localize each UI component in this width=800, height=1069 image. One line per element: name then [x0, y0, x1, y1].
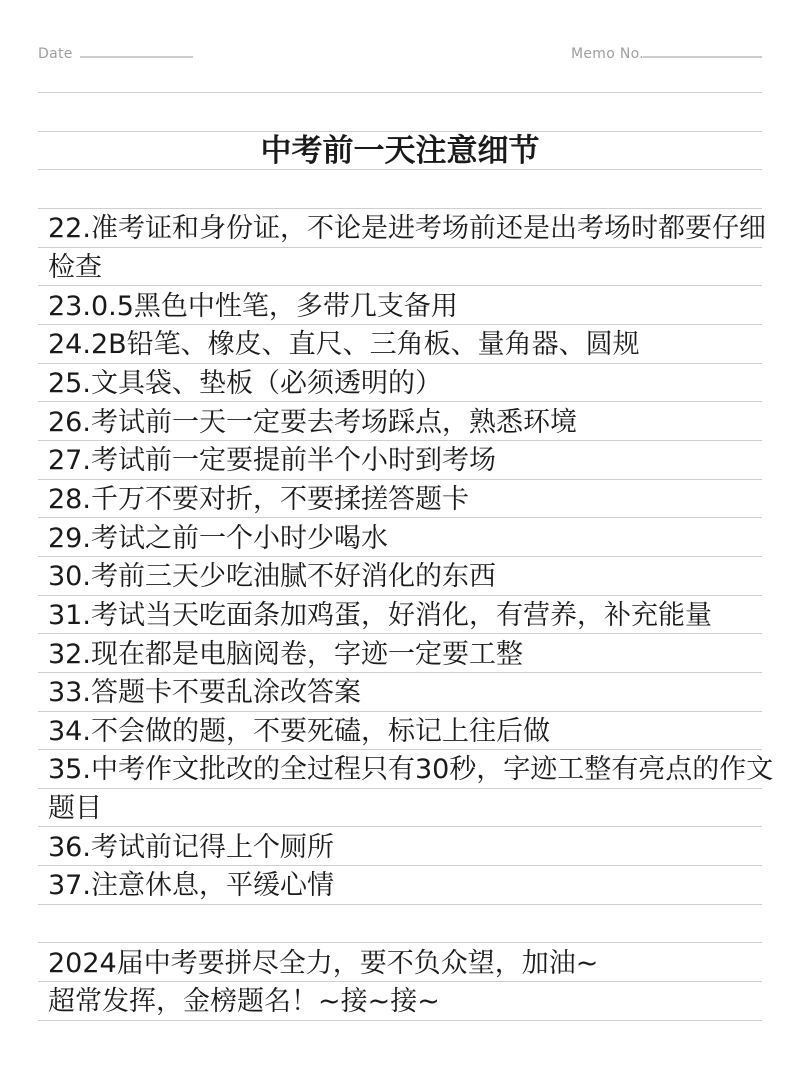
note-line: 30.考前三天少吃油腻不好消化的东西 [38, 557, 762, 596]
note-line: 检查 [38, 248, 762, 287]
note-line: 22.准考证和身份证，不论是进考场前还是出考场时都要仔细 [38, 209, 762, 248]
date-underline [80, 56, 193, 58]
note-line: 33.答题卡不要乱涂改答案 [38, 673, 762, 712]
note-line: 超常发挥，金榜题名！~接~接~ [38, 982, 762, 1021]
memo-no-label: Memo No. [571, 46, 644, 62]
note-line: 34.不会做的题，不要死磕，标记上往后做 [38, 712, 762, 751]
note-line: 27.考试前一定要提前半个小时到考场 [38, 441, 762, 480]
note-line: 24.2B铅笔、橡皮、直尺、三角板、量角器、圆规 [38, 325, 762, 364]
note-line: 26.考试前一天一定要去考场踩点，熟悉环境 [38, 402, 762, 441]
note-line: 32.现在都是电脑阅卷，字迹一定要工整 [38, 634, 762, 673]
blank-line [38, 170, 762, 209]
page-title: 中考前一天注意细节 [38, 132, 762, 171]
note-line: 36.考试前记得上个厕所 [38, 827, 762, 866]
note-line: 题目 [38, 789, 762, 828]
note-line: 29.考试之前一个小时少喝水 [38, 518, 762, 557]
ruled-sheet: 中考前一天注意细节22.准考证和身份证，不论是进考场前还是出考场时都要仔细检查2… [38, 92, 762, 1021]
note-line: 37.注意休息，平缓心情 [38, 866, 762, 905]
note-line: 31.考试当天吃面条加鸡蛋，好消化，有营养，补充能量 [38, 596, 762, 635]
date-label: Date [38, 46, 73, 62]
blank-line [38, 93, 762, 132]
note-line: 28.千万不要对折，不要揉搓答题卡 [38, 480, 762, 519]
note-line: 23.0.5黑色中性笔，多带几支备用 [38, 286, 762, 325]
note-line: 35.中考作文批改的全过程只有30秒，字迹工整有亮点的作文 [38, 750, 762, 789]
blank-line [38, 905, 762, 944]
note-line: 25.文具袋、垫板（必须透明的） [38, 364, 762, 403]
memo-no-underline [643, 56, 762, 58]
note-line: 2024届中考要拼尽全力，要不负众望，加油~ [38, 943, 762, 982]
